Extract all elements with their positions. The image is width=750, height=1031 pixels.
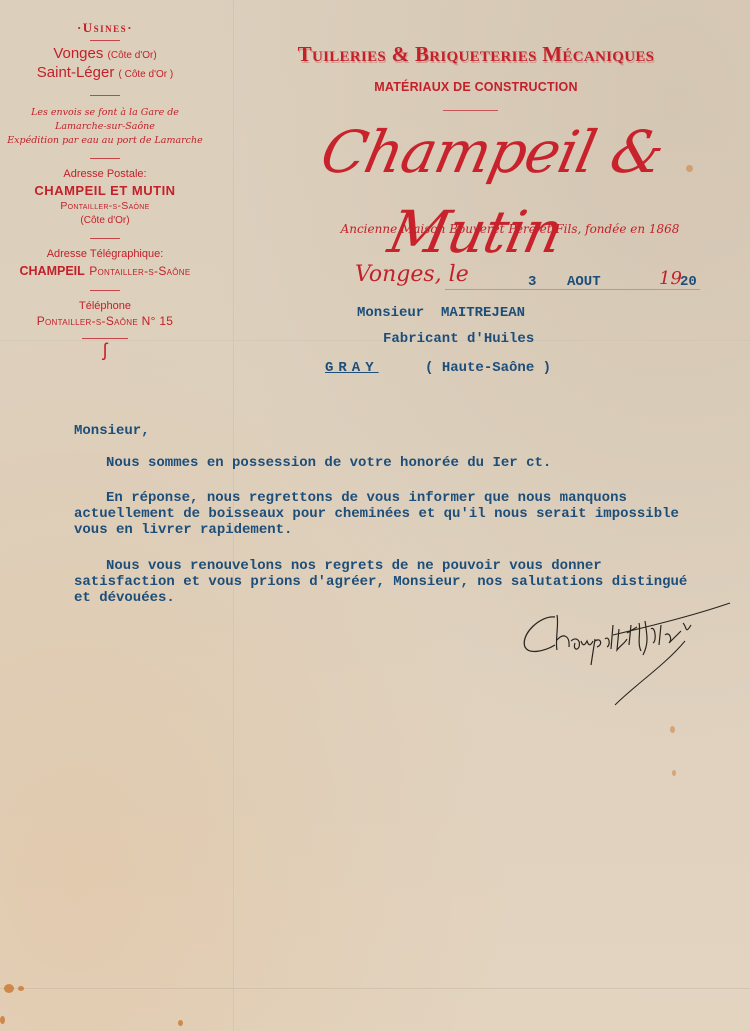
divider <box>90 238 120 239</box>
company-brand-script: Champeil & Mutin <box>217 112 750 272</box>
letter-salutation: Monsieur, <box>74 423 150 439</box>
phone-value: Pontailler-s-Saône N° 15 <box>0 314 210 328</box>
date-year: 20 <box>680 274 697 290</box>
divider <box>90 95 120 96</box>
rust-stain <box>4 984 14 993</box>
rust-stain <box>670 726 675 733</box>
letter-paragraph-2: actuellement de boisseaux pour cheminées… <box>74 506 679 538</box>
date-place: Vonges, le <box>355 262 469 287</box>
rust-stain <box>18 986 24 991</box>
recipient-occupation: Fabricant d'Huiles <box>383 331 534 347</box>
shipping-line-1: Les envois se font à la Gare de <box>0 106 210 120</box>
rust-stain <box>178 1020 183 1026</box>
letter-paragraph-2-first-line: En réponse, nous regrettons de vous info… <box>106 490 627 506</box>
divider <box>82 338 128 339</box>
shipping-line-2: Lamarche-sur-Saône <box>0 120 210 134</box>
company-founded-line: Ancienne Maison Bouveret Père et Fils, f… <box>300 222 720 236</box>
telegraph-address-label: Adresse Télégraphique: <box>0 247 210 262</box>
recipient-region: ( Haute-Saône ) <box>425 360 551 376</box>
date-month: AOUT <box>567 274 601 290</box>
date-century: 19 <box>659 268 682 289</box>
recipient-name: Monsieur MAITREJEAN <box>357 305 525 321</box>
date-line: Vonges, le 3 AOUT 19 20 <box>355 268 705 294</box>
factory-vonges: Vonges (Côte d'Or) <box>0 45 210 64</box>
date-day: 3 <box>528 274 536 290</box>
divider <box>90 158 120 159</box>
letter-paragraph-3-first-line: Nous vous renouvelons nos regrets de ne … <box>106 558 602 574</box>
factory-saint-leger: Saint-Léger ( Côte d'Or ) <box>0 64 210 83</box>
letter-paragraph-1: Nous sommes en possession de votre honor… <box>106 455 551 471</box>
rust-stain <box>672 770 676 776</box>
recipient-location: GRAY ( Haute-Saône ) <box>325 360 551 376</box>
postal-address-city: Pontailler-s-Saône <box>0 199 210 213</box>
rust-stain <box>0 1016 5 1024</box>
fold-line-horizontal-lower <box>0 988 750 990</box>
company-title: Tuileries & Briqueteries Mécaniques <box>222 42 730 67</box>
letter-page: ·Usines· Vonges (Côte d'Or) Saint-Léger … <box>0 0 750 1031</box>
shipping-line-3: Expédition par eau au port de Lamarche <box>0 134 210 148</box>
postal-address-name: CHAMPEIL ET MUTIN <box>0 182 210 199</box>
phone-label: Téléphone <box>0 299 210 314</box>
company-subtitle: MATÉRIAUX DE CONSTRUCTION <box>222 80 730 94</box>
scroll-ornament-icon: ʃ <box>0 341 210 359</box>
postal-address-label: Adresse Postale: <box>0 167 210 182</box>
postal-address-region: (Côte d'Or) <box>0 213 210 228</box>
brand-ornament <box>443 110 498 111</box>
divider <box>90 40 120 41</box>
letterhead-left-column: ·Usines· Vonges (Côte d'Or) Saint-Léger … <box>0 20 210 359</box>
handwritten-signature <box>515 595 745 715</box>
factories-heading: ·Usines· <box>0 20 210 36</box>
recipient-city: GRAY <box>325 360 379 376</box>
telegraph-address: CHAMPEIL Pontailler-s-Saône <box>0 262 210 280</box>
divider <box>90 290 120 291</box>
